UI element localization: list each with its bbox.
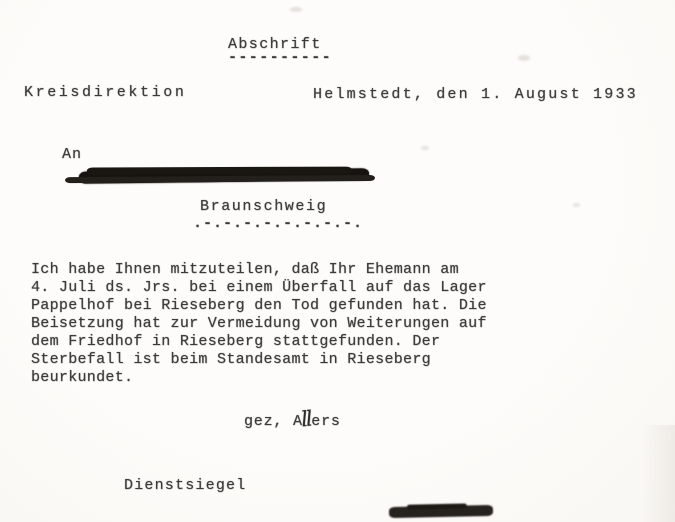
body-line: 4. Juli ds. Jrs. bei einem Überfall auf … [31, 279, 487, 297]
paper-speck [518, 55, 530, 61]
redacted-recipient-name [79, 168, 369, 184]
paper-speck [421, 146, 429, 150]
recipient-city: Braunschweig [200, 198, 327, 215]
signature-name-rest: ers [311, 413, 340, 430]
handwritten-correction: ll [300, 407, 312, 432]
signature-line: gez, Allers [244, 406, 341, 430]
scanned-letter-page: Abschrift ---------- Kreisdirektion Helm… [0, 0, 675, 522]
seal-label: Dienstsiegel [124, 477, 246, 494]
body-line: Pappelhof bei Rieseberg den Tod gefunden… [31, 297, 487, 315]
body-line: Beisetzung hat zur Vermeidung von Weiter… [31, 315, 487, 333]
paper-speck [573, 203, 580, 207]
body-line: Sterbefall ist beim Standesamt in Rieseb… [31, 351, 487, 369]
city-underline: .-.-.-.-.-.-.-.-. [193, 215, 363, 232]
scan-edge-shadow [641, 425, 675, 522]
signature-prefix: gez, [244, 413, 293, 430]
body-line: Ich habe Ihnen mitzuteilen, daß Ihr Ehem… [31, 261, 487, 279]
sender-office: Kreisdirektion [24, 84, 186, 101]
body-line: dem Friedhof in Rieseberg stattgefunden.… [31, 333, 487, 351]
body-line: beurkundet. [31, 369, 487, 387]
paper-speck [290, 7, 302, 12]
recipient-prefix: An [62, 146, 82, 163]
place-and-date: Helmstedt, den 1. August 1933 [313, 86, 638, 103]
title-underline: ---------- [228, 49, 332, 66]
letter-body: Ich habe Ihnen mitzuteilen, daß Ihr Ehem… [31, 261, 487, 387]
ink-smudge [389, 505, 493, 518]
